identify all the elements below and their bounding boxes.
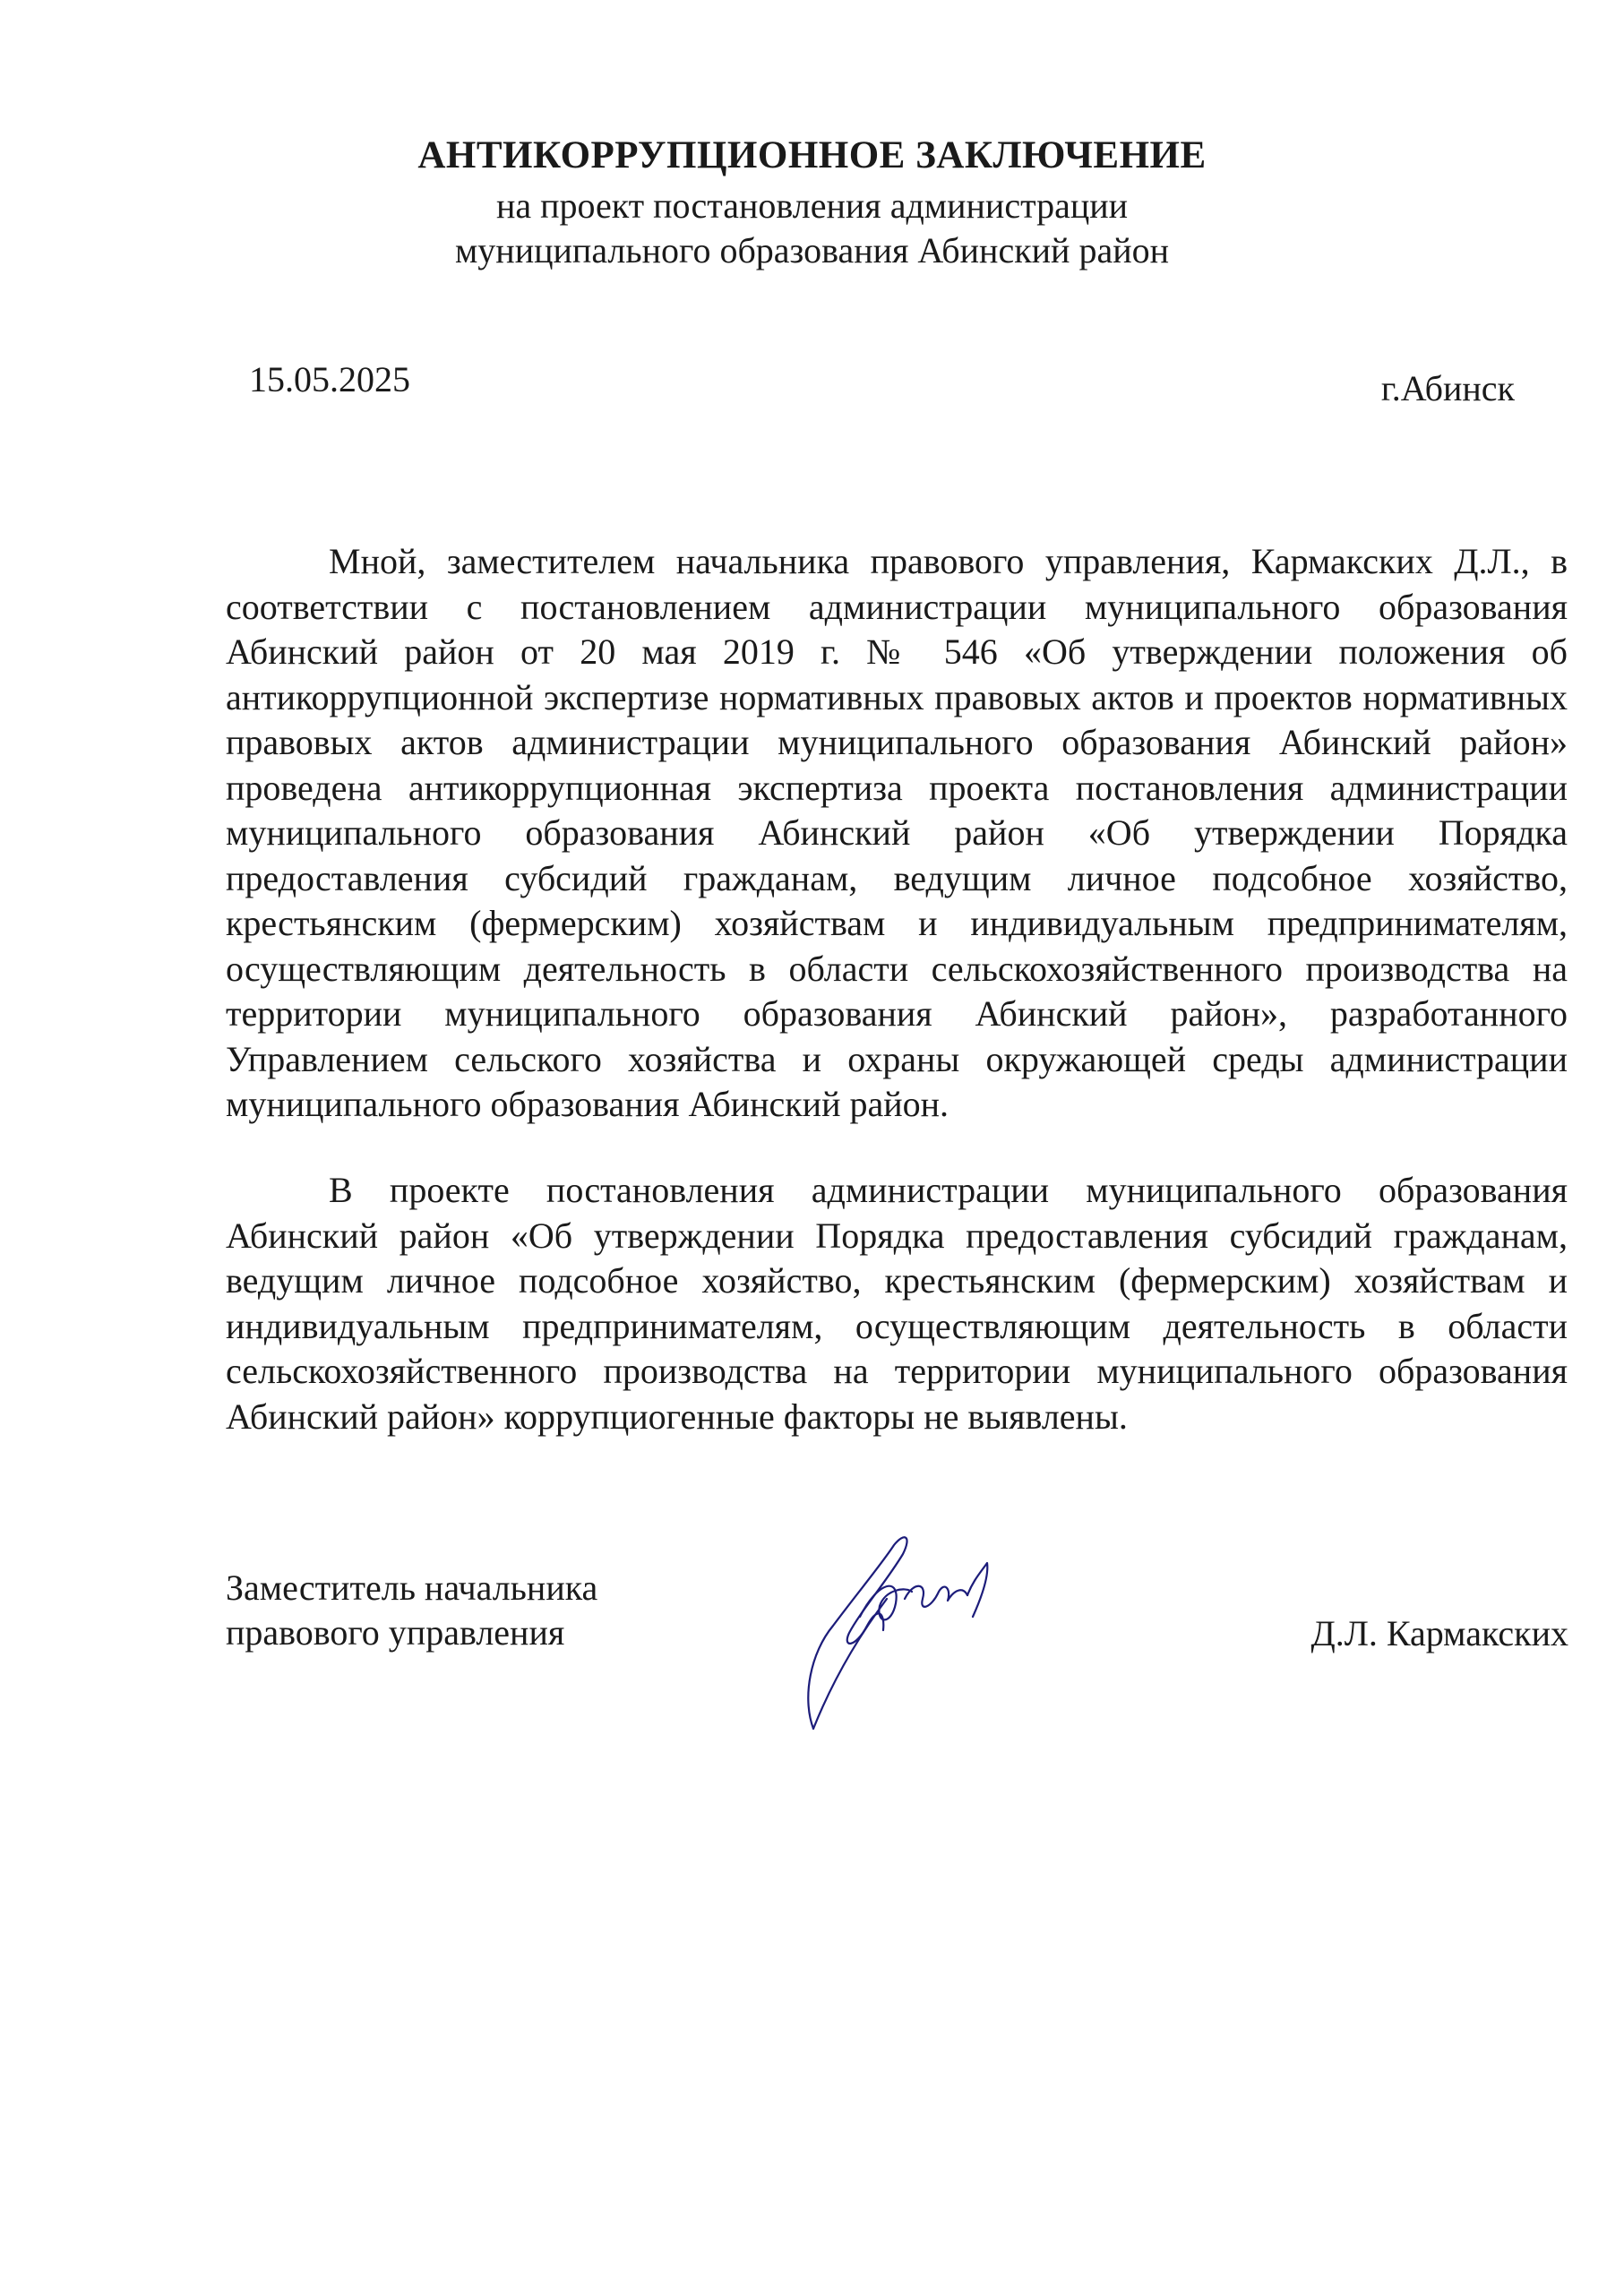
signatory-position: Заместитель начальника правового управле…	[226, 1566, 597, 1655]
signatory-position-line1: Заместитель начальника	[226, 1566, 597, 1610]
paragraph-conclusion: В проекте постановления администрации му…	[226, 1168, 1568, 1439]
document-title: АНТИКОРРУПЦИОННОЕ ЗАКЛЮЧЕНИЕ	[0, 133, 1624, 179]
document-subtitle-line2: муниципального образования Абинский райо…	[0, 228, 1624, 273]
document-subtitle-line1: на проект постановления администрации	[0, 184, 1624, 228]
signatory-position-line2: правового управления	[226, 1610, 597, 1655]
document-page: АНТИКОРРУПЦИОННОЕ ЗАКЛЮЧЕНИЕ на проект п…	[0, 0, 1624, 2293]
document-date: 15.05.2025	[249, 358, 410, 400]
handwritten-signature-icon	[797, 1527, 1084, 1733]
document-place: г.Абинск	[1381, 367, 1515, 409]
paragraph-expertise: Мной, заместителем начальника правового …	[226, 539, 1568, 1128]
signatory-name: Д.Л. Кармакских	[1310, 1612, 1568, 1654]
